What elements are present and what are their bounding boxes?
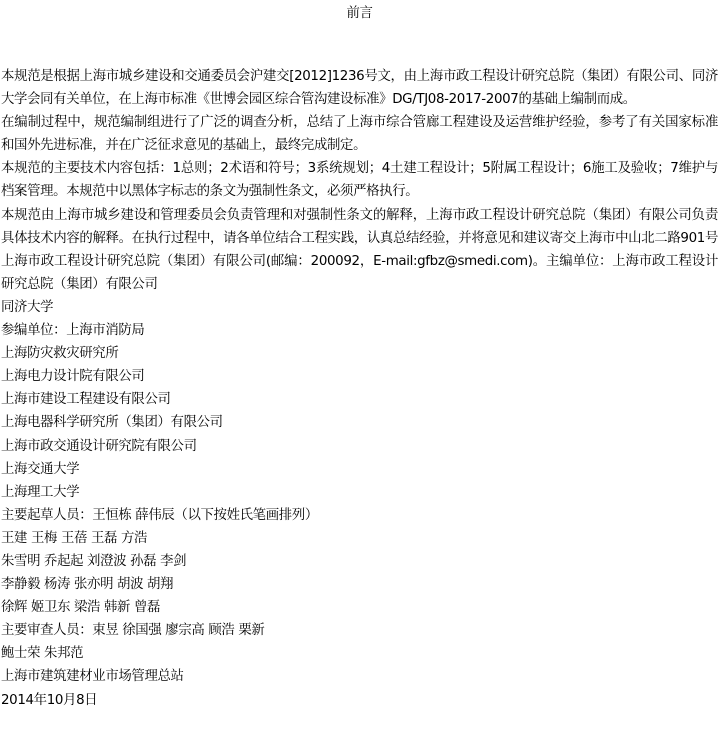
participating-unit-8: 上海理工大学 — [1, 481, 718, 504]
document-title: 前言 — [1, 0, 718, 25]
participating-unit-3: 上海电力设计院有限公司 — [1, 365, 718, 388]
main-reviewers-heading: 主要审查人员：束昱 徐国强 廖宗高 顾浩 栗新 — [1, 619, 718, 642]
drafters-line-1: 王建 王梅 王蓓 王磊 方浩 — [1, 527, 718, 550]
title-spacer — [1, 25, 718, 65]
paragraph-contents: 本规范的主要技术内容包括：1总则；2术语和符号；3系统规划；4土建工程设计；5附… — [1, 157, 718, 203]
participating-unit-2: 上海防灾救灾研究所 — [1, 342, 718, 365]
main-drafters-heading: 主要起草人员：王恒栋 薛伟辰（以下按姓氏笔画排列） — [1, 504, 718, 527]
drafters-line-4: 徐辉 姬卫东 梁浩 韩新 曾磊 — [1, 596, 718, 619]
chief-editor-unit-2: 同济大学 — [1, 296, 718, 319]
issuing-authority: 上海市建筑建材业市场管理总站 — [1, 665, 718, 688]
paragraph-management: 本规范由上海市城乡建设和管理委员会负责管理和对强制性条文的解释，上海市政工程设计… — [1, 204, 718, 296]
reviewers-line-2: 鲍士荣 朱邦范 — [1, 642, 718, 665]
participating-unit-1: 参编单位：上海市消防局 — [1, 319, 718, 342]
paragraph-basis: 本规范是根据上海市城乡建设和交通委员会沪建交[2012]1236号文，由上海市政… — [1, 65, 718, 111]
participating-unit-5: 上海电器科学研究所（集团）有限公司 — [1, 411, 718, 434]
participating-unit-7: 上海交通大学 — [1, 458, 718, 481]
drafters-line-2: 朱雪明 乔起起 刘澄波 孙磊 李剑 — [1, 550, 718, 573]
participating-unit-4: 上海市建设工程建设有限公司 — [1, 388, 718, 411]
paragraph-process: 在编制过程中，规范编制组进行了广泛的调查分析，总结了上海市综合管廊工程建设及运营… — [1, 111, 718, 157]
document: 前言 本规范是根据上海市城乡建设和交通委员会沪建交[2012]1236号文，由上… — [0, 0, 718, 712]
document-date: 2014年10月8日 — [1, 689, 718, 712]
participating-unit-6: 上海市政交通设计研究院有限公司 — [1, 435, 718, 458]
drafters-line-3: 李静毅 杨涛 张亦明 胡波 胡翔 — [1, 573, 718, 596]
